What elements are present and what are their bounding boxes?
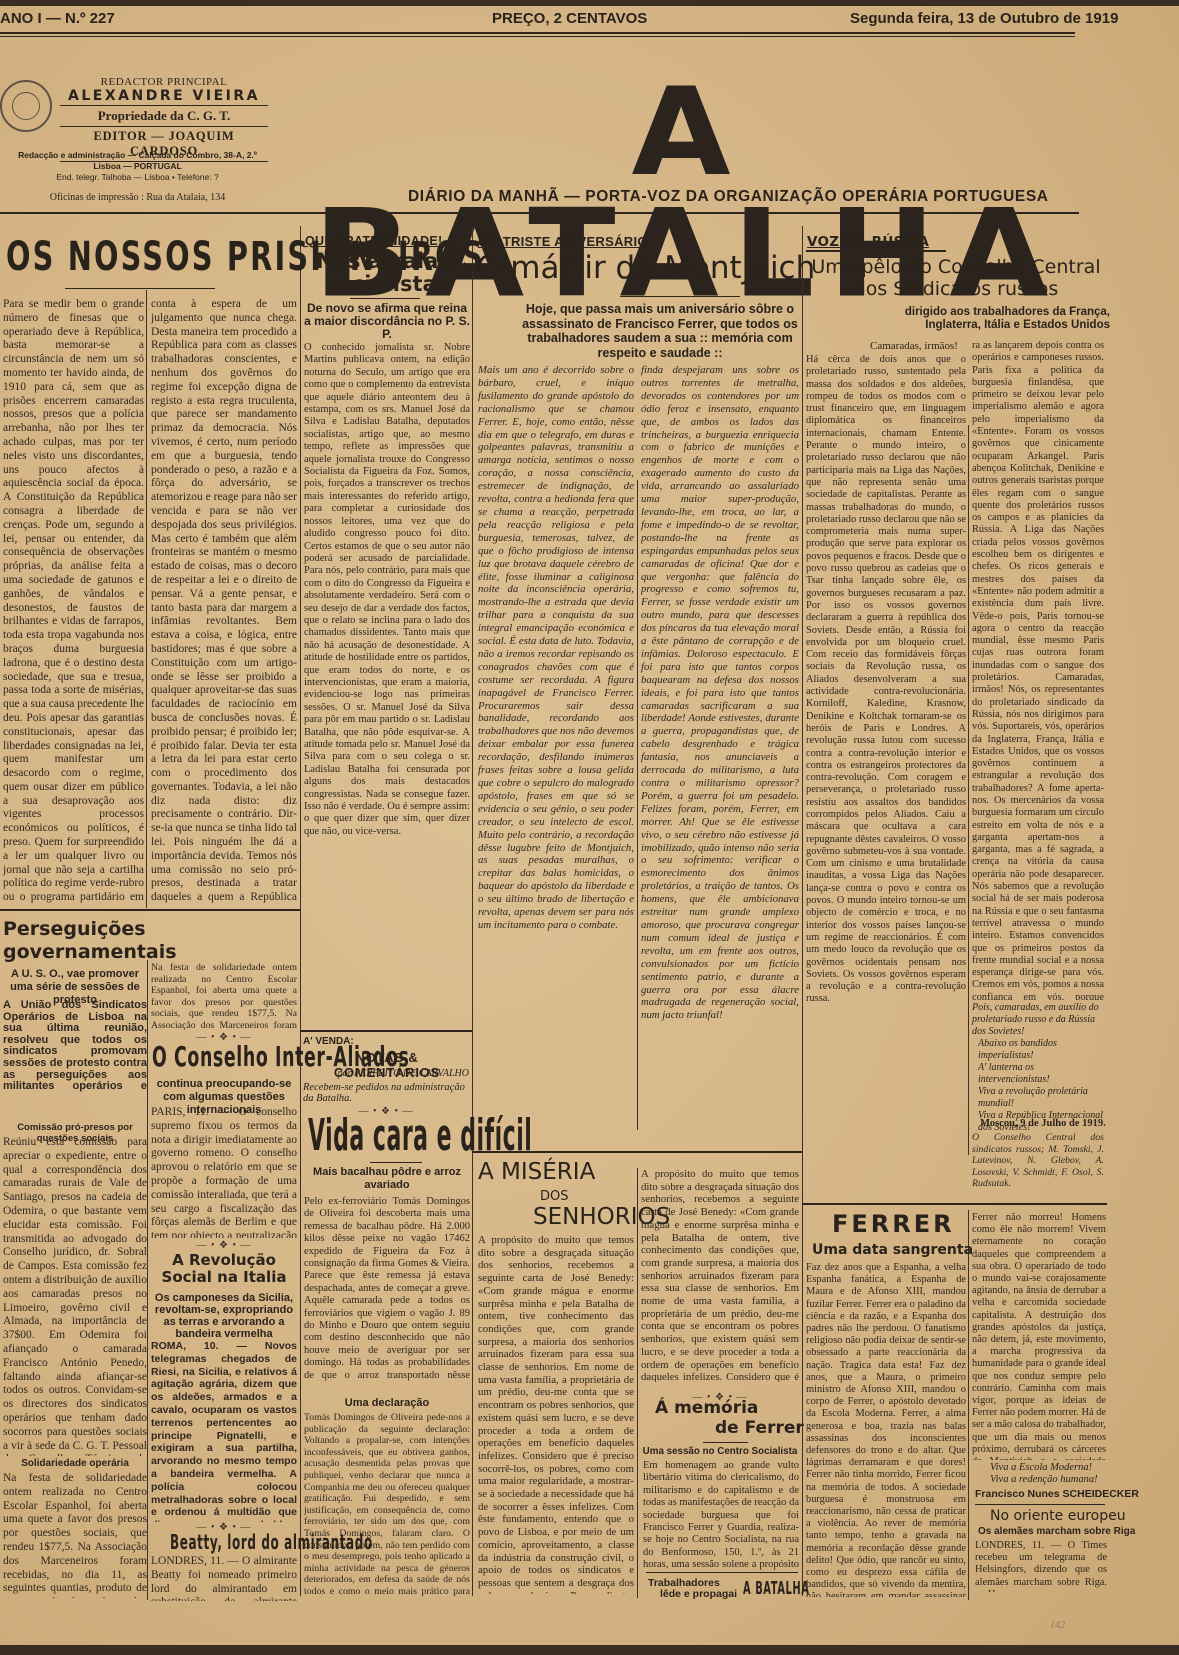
closing-line: Viva a redenção humana! [990,1474,1098,1486]
deck-vida-cara: Mais bacalhau pôdre e arroz avariado [303,1166,471,1192]
article-montjuich-col1: Mais um ano é decorrido sobre o bárbaro,… [478,364,634,1122]
deck-russia: dirigido aos trabalhadores da França, In… [900,306,1110,332]
headline-montjuich: O mártir de Montjuich [476,250,802,286]
headline-miseria-2: DOS [540,1190,569,1204]
address-block: Redacção e administração — Calçada do Co… [5,150,270,183]
headline-rule [65,288,215,289]
article-beatty-body: LONDRES, 11. — O almirante Beatty foi no… [151,1555,297,1601]
kicker-rule [806,250,946,252]
header-rule [0,32,1075,34]
ownership: Propriedade da C. G. T. [60,106,268,126]
newspaper-page: ANO I — N.º 227 PREÇO, 2 CENTAVOS Segund… [0,0,1179,1655]
headline-arraiais: Nos arraiais socialístas [303,250,471,296]
deck-arraiais: De novo se afirma que reina a maior disc… [303,302,471,341]
closing-line: Abaixo os bandidos imperialistas! [972,1038,1104,1062]
article-italia-body: ROMA, 10. — Novos telegramas chegados de… [151,1340,297,1522]
headline-rule [620,296,740,297]
section-rule [802,1203,1107,1205]
article-russia-col2: ra as lançarem depois contra os operário… [972,340,1104,1000]
kicker-avenda: A' VENDA: [303,1036,354,1047]
headline-italia: A Revolução Social na Italia [151,1252,297,1286]
column-divider [968,425,969,1155]
closing-line: A' lanterna os intervencionistas! [972,1062,1104,1086]
book-author: por PERFEITO DE CARVALHO [303,1068,469,1079]
article-ferrer-col1: Faz dez anos que a Espanha, a velha Espa… [806,1262,966,1597]
tagline: DIÁRIO DA MANHÃ — PORTA-VOZ DA ORGANIZAÇ… [408,188,1049,206]
column-divider [968,1210,969,1600]
article-memoria-body: Em homenagem ao grande vulto libertário … [643,1460,799,1570]
redactor-label: REDACTOR PRINCIPAL [60,76,268,88]
column-divider [472,226,473,1596]
article-prisioneiros-col1: Para se medir bem o grande número de fin… [3,298,144,904]
section-rule [472,1151,802,1153]
promo-text: Trabalhadores lêde e propagai [648,1578,737,1600]
cgt-seal-icon [0,80,52,132]
article-declaracao-body: Tomás Domingos de Oliveira pede-nos a pu… [304,1412,470,1598]
article-arraiais-body: O conhecido jornalista sr. Nobre Martins… [304,342,470,994]
headline-rule [703,1442,748,1443]
headline-oriente: No oriente europeu [990,1508,1126,1524]
scan-top-edge [0,0,1179,6]
article-ferrer-col2: Ferrer não morreu! Homens como êle não m… [972,1212,1106,1460]
promo-rule [646,1572,798,1573]
section-rule [975,1504,1105,1505]
russia-signers: O Conselho Central dos sindicatos russos… [972,1132,1104,1192]
headline-ferrer: FERRER [832,1210,955,1238]
printing-address: Oficinas de impressão : Rua da Atalaia, … [5,192,270,203]
article-perseguicoes-body: Reúniu esta comissão para apreciar o exp… [3,1136,147,1456]
ornament-divider: — • ❖ • — [151,1240,297,1251]
article-prisioneiros-col2: conta à espera de um julgamento que nunc… [151,298,297,904]
header-rule-thin [0,36,1075,37]
kicker-aniversario: UM TRISTE ANIVERSÁRIO [478,234,648,249]
kicker-fraternidade: QUE FRATERNIDADE! [305,234,443,248]
archive-page-note: 142 [1050,1620,1065,1631]
closing-line: Pois, camaradas, em auxílio do proletari… [972,1002,1104,1038]
redactor-name: ALEXANDRE VIEIRA [60,88,268,106]
article-russia-col1: Há cêrca de dois anos que o proletariado… [806,354,966,1162]
issue-number: ANO I — N.º 227 [0,10,115,27]
article-miseria-body: A propósito do muito que temos dito sobr… [478,1234,634,1594]
book-note: Recebem-se pedidos na administração da B… [303,1082,469,1104]
russia-closing: Pois, camaradas, em auxílio do proletari… [972,1002,1104,1134]
subhead-declaracao: Uma declaração [303,1397,471,1409]
deck-memoria: Uma sessão no Centro Socialista [641,1446,799,1457]
headline-memoria-1: Á memória [655,1400,758,1418]
column-divider [147,960,148,1600]
price: PREÇO, 2 CENTAVOS [492,10,647,27]
column-divider [802,226,803,1596]
promo-paper-name: A BATALHA [743,1578,809,1599]
column-divider [637,480,638,1130]
deck-ferrer: Uma data sangrenta [812,1242,973,1258]
headline-memoria-2: de Ferrer [715,1420,804,1438]
headline-rule [370,1162,422,1163]
kicker-russia: VOZ DA RÚSSIA [807,234,929,250]
article-solidariedade-body: Na festa de solidariedade ontem realizad… [3,1472,147,1598]
russia-dateline: Moscou, 9 de Julho de 1919. [980,1118,1106,1129]
closing-line: Viva a revolução proletária mundial! [972,1086,1104,1110]
ferrer-author: Francisco Nunes SCHEIDECKER [975,1488,1139,1500]
headline-miseria-1: A MISÉRIA [478,1160,595,1185]
section-rule [0,909,300,911]
column-divider [146,290,147,908]
article-oriente-body: LONDRES, 11. — O Times recebeu um telegr… [975,1540,1107,1592]
masthead-bottom-rule [0,212,1079,214]
article-conselho-body: PARIS, 11. — O conselho supremo fixou os… [151,1106,297,1238]
issue-date: Segunda feira, 13 de Outubro de 1919 [850,10,1118,27]
column-divider [637,1168,638,1598]
article-miseria-continuation: A propósito do muito que temos dito sobr… [641,1168,799,1382]
article-montjuich-col2: finda despejaram uns sobre os outros tor… [641,364,799,1122]
subhead-solidariedade: Solidariedade operária [3,1458,147,1469]
donation-list: Na festa de solidariedade ontem realizad… [151,962,297,1032]
scan-bottom-edge [0,1645,1179,1655]
deck-oriente: Os alemães marcham sobre Riga [978,1526,1135,1537]
address: Redacção e administração — Calçada do Co… [5,150,270,161]
headline-russia: Um apêlo do Conselho Central dos Sindica… [806,256,1106,300]
headline-perseguicoes: Perseguições governamentais [3,918,147,964]
column-divider [300,226,301,1596]
article-perseguicoes-lead: A União dos Sindicatos Operários de Lisb… [3,1000,147,1092]
ferrer-closing: Viva a Escola Moderna! Viva a redenção h… [990,1462,1098,1486]
section-rule [300,1030,472,1032]
article-vida-cara-body: Pelo ex-ferroviário Tomás Domingos de Ol… [304,1196,470,1382]
deck-italia: Os camponeses da Sicilia, revoltam-se, e… [151,1292,297,1340]
city: Lisboa — PORTUGAL [5,161,270,172]
telegraph: End. telegr. Talhoba — Lisboa • Telefone… [5,172,270,183]
deck-montjuich: Hoje, que passa mais um aniversário sôbr… [520,302,800,360]
promo-line2: lêde e propagai [648,1589,737,1600]
salutation: Camaradas, irmãos! [870,340,958,352]
headline-rule [350,298,420,299]
closing-line: Viva a Escola Moderna! [990,1462,1098,1474]
